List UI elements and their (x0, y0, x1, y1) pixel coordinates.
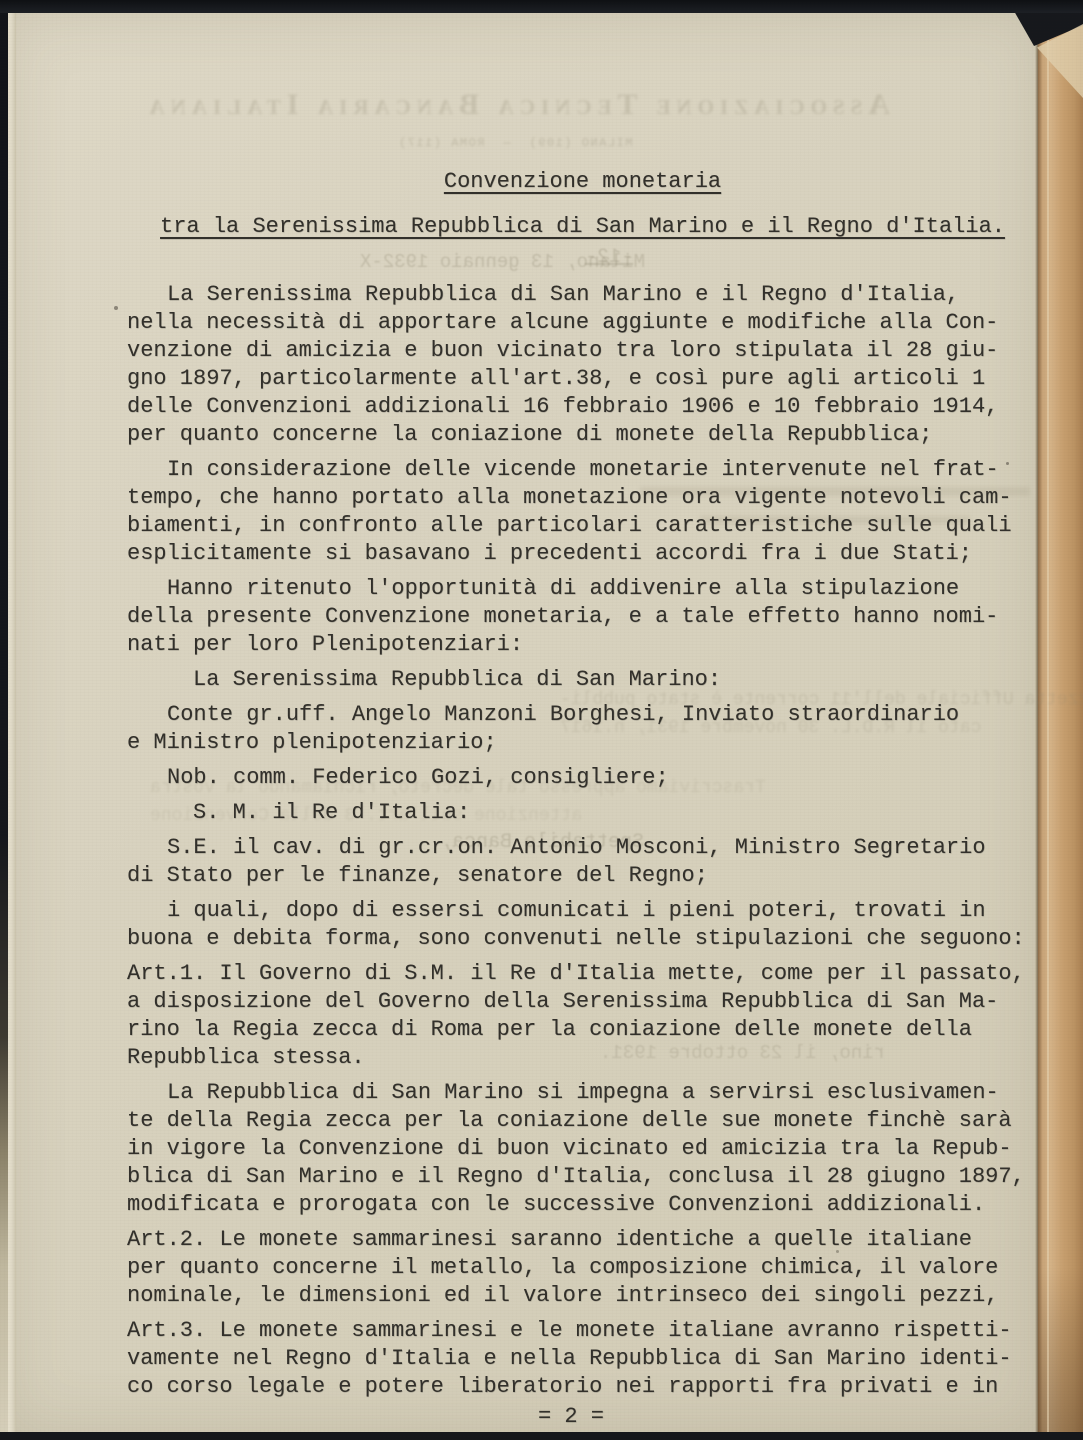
text-line: biamenti, in confronto alle particolari … (127, 512, 1038, 540)
scanned-page: Associazione Tecnica Bancaria ItalianaMI… (0, 0, 1083, 1440)
text-line: La Serenissima Repubblica di San Marino … (127, 281, 1038, 309)
text-line: Hanno ritenuto l'opportunità di addiveni… (127, 575, 1038, 603)
text-line: La Repubblica di San Marino si impegna a… (127, 1079, 1038, 1107)
text-line: te della Regia zecca per la coniazione d… (127, 1107, 1038, 1135)
text-line: S. M. il Re d'Italia: (127, 799, 1038, 827)
text-line: per quanto concerne la coniazione di mon… (127, 421, 1038, 449)
paragraph-p10: Art.1. Il Governo di S.M. il Re d'Italia… (127, 960, 1038, 1072)
paragraph-p2: In considerazione delle vicende monetari… (127, 456, 1038, 568)
text-line: rino la Regia zecca di Roma per la conia… (127, 1016, 1038, 1044)
text-line: gno 1897, particolarmente all'art.38, e … (127, 365, 1038, 393)
text-line: nella necessità di apportare alcune aggi… (127, 309, 1038, 337)
text-line: blica di San Marino e il Regno d'Italia,… (127, 1163, 1038, 1191)
text-line: Art.3. Le monete sammarinesi e le monete… (127, 1317, 1038, 1345)
text-line: Art.1. Il Governo di S.M. il Re d'Italia… (127, 960, 1038, 988)
scan-border-top (0, 0, 1083, 13)
paragraph-p13: Art.3. Le monete sammarinesi e le monete… (127, 1317, 1038, 1401)
paragraph-p1: La Serenissima Repubblica di San Marino … (127, 281, 1038, 449)
text-line: Conte gr.uff. Angelo Manzoni Borghesi, I… (127, 701, 1038, 729)
text-line: S.E. il cav. di gr.cr.on. Antonio Moscon… (127, 834, 1038, 862)
paragraph-p12: Art.2. Le monete sammarinesi saranno ide… (127, 1226, 1038, 1310)
text-line: vamente nel Regno d'Italia e nella Repub… (127, 1345, 1038, 1373)
text-line: della presente Convenzione monetaria, e … (127, 603, 1038, 631)
document-body: La Serenissima Repubblica di San Marino … (127, 281, 1038, 1401)
paragraph-p11: La Repubblica di San Marino si impegna a… (127, 1079, 1038, 1219)
text-line: delle Convenzioni addizionali 16 febbrai… (127, 393, 1038, 421)
text-line: Nob. comm. Federico Gozi, consigliere; (127, 764, 1038, 792)
text-line: i quali, dopo di essersi comunicati i pi… (127, 897, 1038, 925)
text-line: buona e debita forma, sono convenuti nel… (127, 925, 1038, 953)
scan-border-bottom (0, 1432, 1083, 1440)
paragraph-p4: La Serenissima Repubblica di San Marino: (127, 666, 1038, 694)
paragraph-p9: i quali, dopo di essersi comunicati i pi… (127, 897, 1038, 953)
text-line: in vigore la Convenzione di buon vicinat… (127, 1135, 1038, 1163)
text-line: La Serenissima Repubblica di San Marino: (127, 666, 1038, 694)
text-line: co corso legale e potere liberatorio nei… (127, 1373, 1038, 1401)
text-line: nominale, le dimensioni ed il valore int… (127, 1282, 1038, 1310)
text-line: Repubblica stessa. (127, 1044, 1038, 1072)
document-title-line2: tra la Serenissima Repubblica di San Mar… (127, 213, 1038, 241)
text-line: di Stato per le finanze, senatore del Re… (127, 862, 1038, 890)
text-line: per quanto concerne il metallo, la compo… (127, 1254, 1038, 1282)
text-line: Art.2. Le monete sammarinesi saranno ide… (127, 1226, 1038, 1254)
text-line: a disposizione del Governo della Serenis… (127, 988, 1038, 1016)
text-line: venzione di amicizia e buon vicinato tra… (127, 337, 1038, 365)
text-line: nati per loro Plenipotenziari: (127, 631, 1038, 659)
paragraph-p3: Hanno ritenuto l'opportunità di addiveni… (127, 575, 1038, 659)
gutter-shadow (0, 0, 8, 1440)
page-number: = 2 = (127, 1404, 1015, 1429)
document-text: Convenzione monetaria tra la Serenissima… (127, 168, 1038, 1408)
text-line: e Ministro plenipotenziario; (127, 729, 1038, 757)
book-binding-edge (1038, 0, 1083, 1440)
paragraph-p8: S.E. il cav. di gr.cr.on. Antonio Moscon… (127, 834, 1038, 890)
paragraph-p7: S. M. il Re d'Italia: (127, 799, 1038, 827)
text-line: tempo, che hanno portato alla monetazion… (127, 484, 1038, 512)
document-title-line1: Convenzione monetaria (127, 168, 1038, 196)
text-line: In considerazione delle vicende monetari… (127, 456, 1038, 484)
text-line: modificata e prorogata con le successive… (127, 1191, 1038, 1219)
text-line: esplicitamente si basavano i precedenti … (127, 540, 1038, 568)
paragraph-p6: Nob. comm. Federico Gozi, consigliere; (127, 764, 1038, 792)
paragraph-p5: Conte gr.uff. Angelo Manzoni Borghesi, I… (127, 701, 1038, 757)
